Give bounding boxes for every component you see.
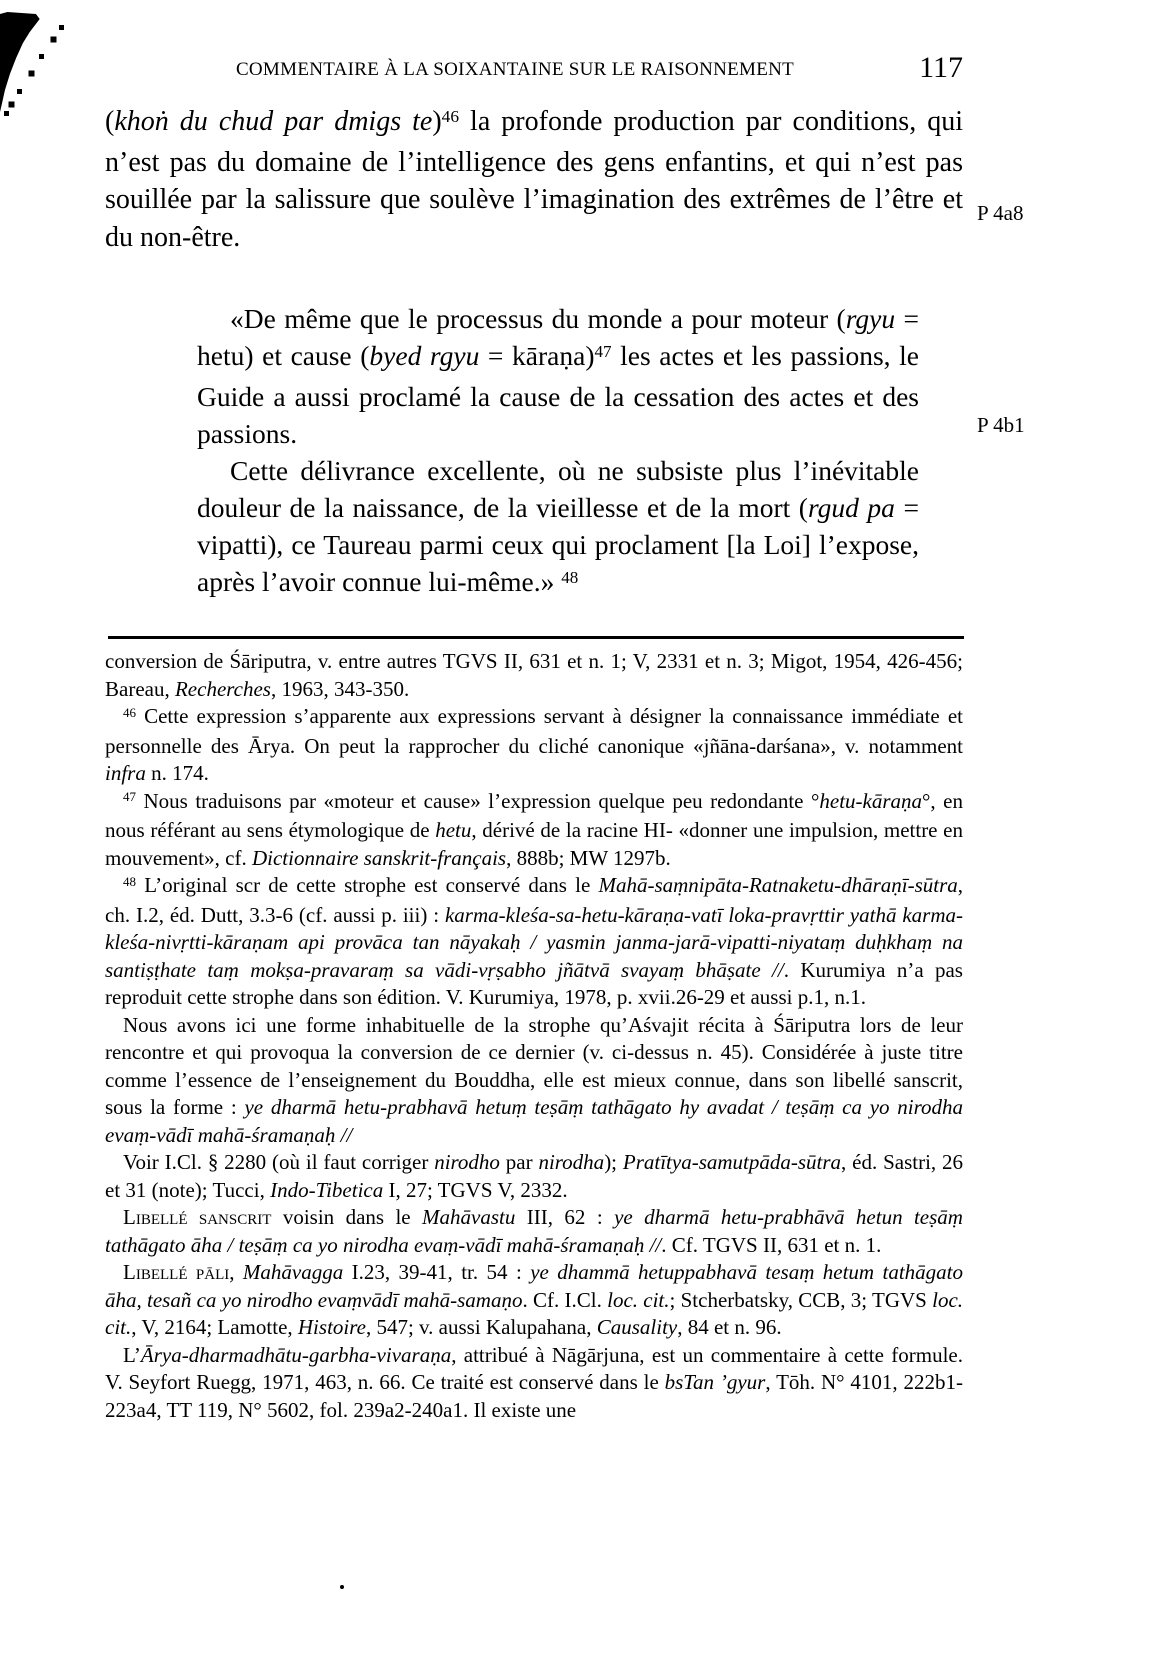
scan-speckles [0,0,3,3]
footnote-48-para-4: Libellé sanscrit voisin dans le Mahāvast… [105,1204,963,1259]
scan-corner-artifact [0,12,62,112]
footnote-46: 46 Cette expression s’apparente aux expr… [105,703,963,788]
body-paragraph: (khoṅ du chud par dmigs te)46 la profond… [105,103,963,256]
marginal-ref-p4a8: P 4a8 [977,201,1023,226]
footnote-47: 47 Nous traduisons par «moteur et cause»… [105,788,963,873]
page-number: 117 [885,51,963,85]
footnote-continuation: conversion de Śāriputra, v. entre autres… [105,648,963,703]
verse-quotation: «De même que le processus du monde a pou… [197,300,919,604]
marginal-ref-p4b1: P 4b1 [977,413,1025,438]
footnote-48: 48 L’original scr de cette strophe est c… [105,872,963,1012]
quote-stanza-2: Cette délivrance excellente, où ne subsi… [197,452,919,604]
footnotes-block: conversion de Śāriputra, v. entre autres… [105,648,963,1424]
footnote-48-para-6: L’Ārya-dharmadhātu-garbha-vivaraṇa, attr… [105,1342,963,1425]
running-header-title: COMMENTAIRE À LA SOIXANTAINE SUR LE RAIS… [105,59,925,81]
footnote-separator-rule [108,636,964,639]
footnote-48-para-5: Libellé pāli, Mahāvagga I.23, 39-41, tr.… [105,1259,963,1342]
footnote-48-para-2: Nous avons ici une forme inhabituelle de… [105,1012,963,1150]
footnote-48-para-3: Voir I.Cl. § 2280 (où il faut corriger n… [105,1149,963,1204]
book-page: COMMENTAIRE À LA SOIXANTAINE SUR LE RAIS… [0,0,1170,1654]
quote-stanza-1: «De même que le processus du monde a pou… [197,300,919,452]
scan-speck [340,1585,344,1589]
